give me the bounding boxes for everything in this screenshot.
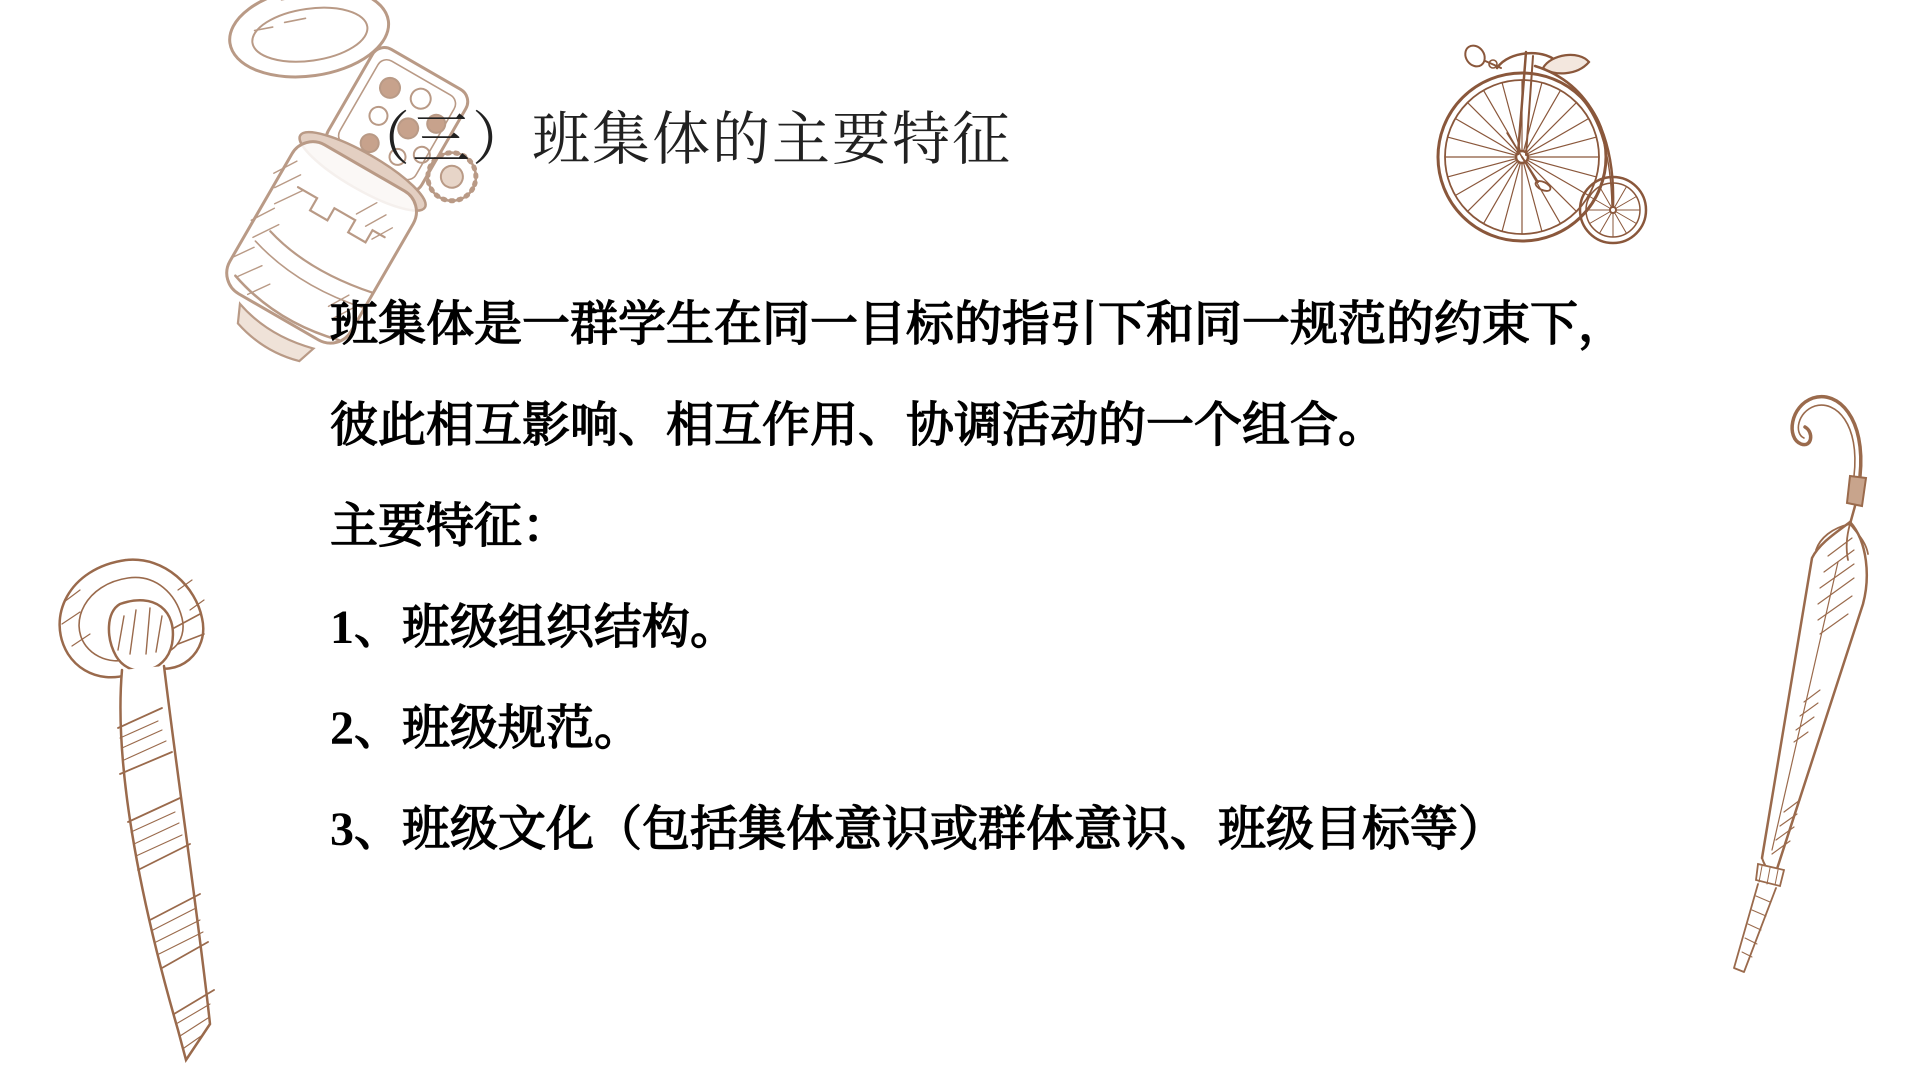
presentation-slide: （三）班集体的主要特征 班集体是一群学生在同一目标的指引下和同一规范的约束下， … [0,0,1920,1080]
slide-body: 班集体是一群学生在同一目标的指引下和同一规范的约束下， 彼此相互影响、相互作用、… [330,300,1626,906]
slide-title: （三）班集体的主要特征 [352,92,1012,176]
paragraph-line-1: 班集体是一群学生在同一目标的指引下和同一规范的约束下， [330,300,1626,350]
penny-farthing-bicycle-icon [1425,22,1650,247]
feature-item-3: 3、班级文化（包括集体意识或群体意识、班级目标等） [330,805,1626,855]
features-heading: 主要特征： [330,502,1626,552]
paragraph-line-2: 彼此相互影响、相互作用、协调活动的一个组合。 [330,401,1626,451]
umbrella-sketch-icon [1700,372,1895,984]
feature-item-1: 1、班级组织结构。 [330,603,1626,653]
feature-item-2: 2、班级规范。 [330,704,1626,754]
necktie-sketch-icon [28,532,238,1080]
